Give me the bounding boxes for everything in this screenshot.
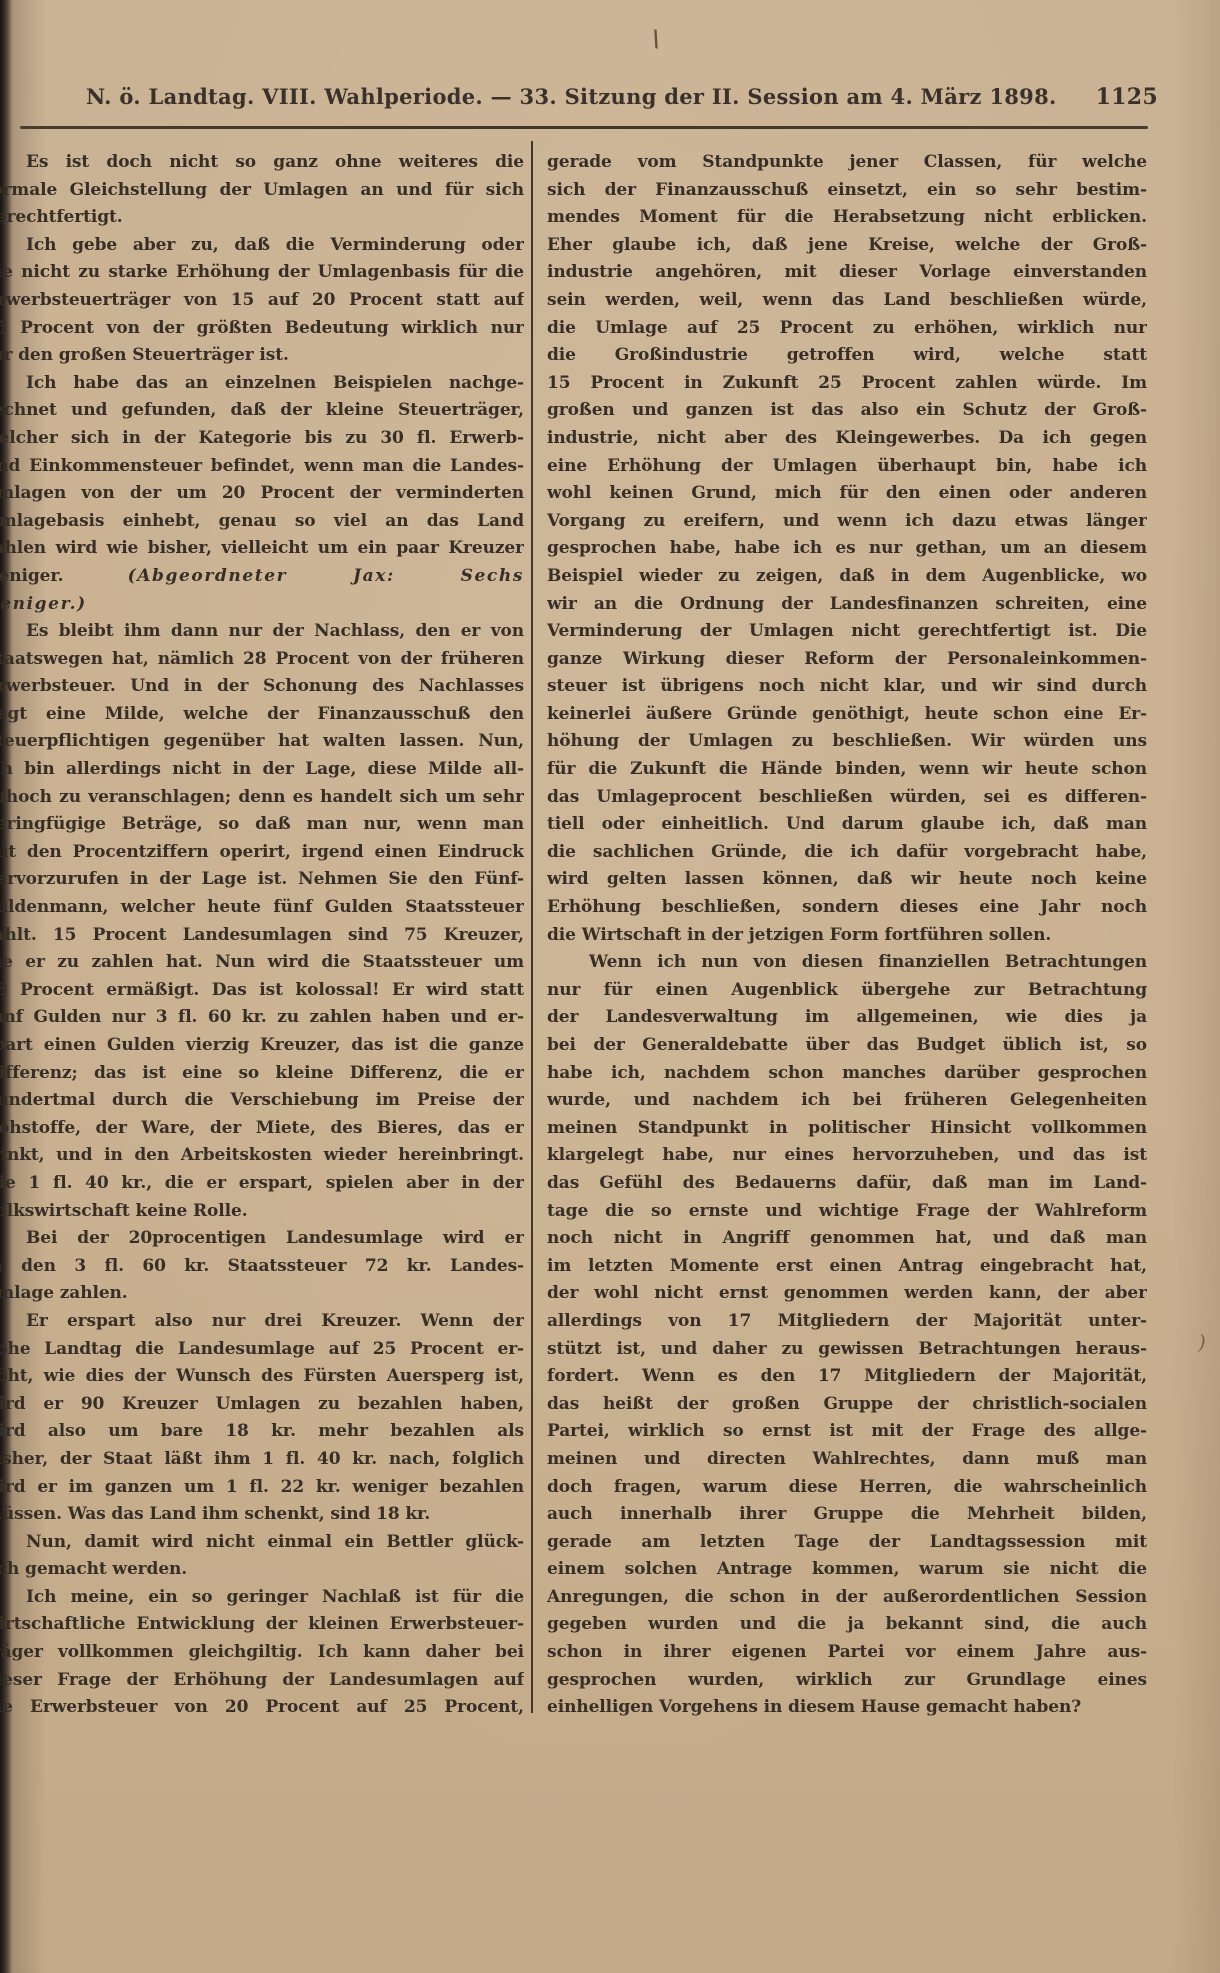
text-line: Vorgang zu ereifern, und wenn ich dazu e… [547, 508, 1147, 536]
text-line: bisher, der Staat läßt ihm 1 fl. 40 kr. … [0, 1446, 524, 1474]
text-line: nur für einen Augenblick übergehe zur Be… [547, 977, 1147, 1005]
text-line: zahlen wird wie bisher, vielleicht um ei… [0, 535, 524, 563]
text-line: für die Zukunft die Hände binden, wenn w… [547, 756, 1147, 784]
header-rule [20, 126, 1148, 129]
text-line: wird also um bare 18 kr. mehr bezahlen a… [0, 1418, 524, 1446]
text-line: gesprochen habe, habe ich es nur gethan,… [547, 535, 1147, 563]
text-line: bei der Generaldebatte über das Budget ü… [547, 1032, 1147, 1060]
text-line: welcher sich in der Kategorie bis zu 30 … [0, 425, 524, 453]
text-line: für den großen Steuerträger ist. [0, 342, 524, 370]
text-line: hundertmal durch die Verschiebung im Pre… [0, 1087, 524, 1115]
text-line: gerade vom Standpunkte jener Classen, fü… [547, 149, 1147, 177]
text-line: 25 Procent von der größten Bedeutung wir… [0, 315, 524, 343]
text-line: einhelligen Vorgehens in diesem Hause ge… [547, 1694, 1147, 1722]
text-line: noch nicht in Angriff genommen hat, und … [547, 1225, 1147, 1253]
text-line: umlagen von der um 20 Procent der vermin… [0, 480, 524, 508]
column-divider-rule [531, 141, 533, 1713]
text-line: spart einen Gulden vierzig Kreuzer, das … [0, 1032, 524, 1060]
text-line: wird er 90 Kreuzer Umlagen zu bezahlen h… [0, 1391, 524, 1419]
text-line: tage die so ernste und wichtige Frage de… [547, 1198, 1147, 1226]
text-line: im letzten Momente erst einen Antrag ein… [547, 1253, 1147, 1281]
text-line: formale Gleichstellung der Umlagen an un… [0, 177, 524, 205]
text-line: zuhoch zu veranschlagen; denn es handelt… [0, 784, 524, 812]
text-line: Volkswirtschaft keine Rolle. [0, 1198, 524, 1226]
print-artifact-mark: \ [649, 25, 663, 52]
text-line: auch innerhalb ihrer Gruppe die Mehrheit… [547, 1501, 1147, 1529]
text-line: Umlagebasis einhebt, genau so viel an da… [0, 508, 524, 536]
text-line: mendes Moment für die Herabsetzung nicht… [547, 204, 1147, 232]
text-line: höht, wie dies der Wunsch des Fürsten Au… [0, 1363, 524, 1391]
text-line: höhung der Umlagen zu beschließen. Wir w… [547, 728, 1147, 756]
text-line: träger vollkommen gleichgiltig. Ich kann… [0, 1639, 524, 1667]
right-text-column: gerade vom Standpunkte jener Classen, fü… [547, 149, 1147, 1722]
text-line: Die 1 fl. 40 kr., die er erspart, spiele… [0, 1170, 524, 1198]
text-line: Ich habe das an einzelnen Beispielen nac… [0, 370, 524, 398]
text-line: Er erspart also nur drei Kreuzer. Wenn d… [0, 1308, 524, 1336]
page-header: N. ö. Landtag. VIII. Wahlperiode. — 33. … [86, 84, 1158, 110]
text-line: Nun, damit wird nicht einmal ein Bettler… [0, 1529, 524, 1557]
text-line: habe ich, nachdem schon manches darüber … [547, 1060, 1147, 1088]
text-line: die Erwerbsteuer von 20 Procent auf 25 P… [0, 1694, 524, 1722]
text-line: meinen und directen Wahlrechtes, dann mu… [547, 1446, 1147, 1474]
text-line: eine Erhöhung der Umlagen überhaupt bin,… [547, 453, 1147, 481]
text-line: hohe Landtag die Landesumlage auf 25 Pro… [0, 1336, 524, 1364]
text-line: Staatswegen hat, nämlich 28 Procent von … [0, 646, 524, 674]
text-line: die sachlichen Gründe, die ich dafür vor… [547, 839, 1147, 867]
text-line: stützt ist, und daher zu gewissen Betrac… [547, 1336, 1147, 1364]
text-line: weniger. (Abgeordneter Jax: Sechs Zehnte… [0, 563, 524, 591]
text-line: Erwerbsteuer. Und in der Schonung des Na… [0, 673, 524, 701]
text-line: weniger.) [0, 591, 524, 619]
text-segment: weniger. [0, 566, 128, 586]
text-line: industrie, nicht aber des Kleingewerbes.… [547, 425, 1147, 453]
text-line: Rohstoffe, der Ware, der Miete, des Bier… [0, 1115, 524, 1143]
text-line: liegt eine Milde, welche der Finanzaussc… [0, 701, 524, 729]
text-line: das heißt der großen Gruppe der christli… [547, 1391, 1147, 1419]
text-line: die nicht zu starke Erhöhung der Umlagen… [0, 259, 524, 287]
margin-artifact-mark: ) [1198, 1330, 1206, 1354]
text-line: das Gefühl des Bedauerns dafür, daß man … [547, 1170, 1147, 1198]
text-line: zahlt. 15 Procent Landesumlagen sind 75 … [0, 922, 524, 950]
text-line: die er zu zahlen hat. Nun wird die Staat… [0, 949, 524, 977]
text-line: Erhöhung beschließen, sondern dieses ein… [547, 894, 1147, 922]
text-line: Verminderung der Umlagen nicht gerechtfe… [547, 618, 1147, 646]
text-line: ich bin allerdings nicht in der Lage, di… [0, 756, 524, 784]
text-line: Es ist doch nicht so ganz ohne weiteres … [0, 149, 524, 177]
text-line: und Einkommensteuer befindet, wenn man d… [0, 453, 524, 481]
text-line: wohl keinen Grund, mich für den einen od… [547, 480, 1147, 508]
text-line: die Großindustrie getroffen wird, welche… [547, 342, 1147, 370]
text-line: Bei der 20procentigen Landesumlage wird … [0, 1225, 524, 1253]
text-line: umlage zahlen. [0, 1280, 524, 1308]
text-line: rechnet und gefunden, daß der kleine Ste… [0, 397, 524, 425]
text-line: fünf Gulden nur 3 fl. 60 kr. zu zahlen h… [0, 1004, 524, 1032]
page-header-title: N. ö. Landtag. VIII. Wahlperiode. — 33. … [86, 84, 1057, 110]
text-line: fordert. Wenn es den 17 Mitgliedern der … [547, 1363, 1147, 1391]
text-line: wird er im ganzen um 1 fl. 22 kr. wenige… [0, 1474, 524, 1502]
text-line: das Umlageprocent beschließen würden, se… [547, 784, 1147, 812]
text-line: müssen. Was das Land ihm schenkt, sind 1… [0, 1501, 524, 1529]
text-line: der wohl nicht ernst genommen werden kan… [547, 1280, 1147, 1308]
text-line: Ich gebe aber zu, daß die Verminderung o… [0, 232, 524, 260]
text-line: wurde, und nachdem ich bei früheren Gele… [547, 1087, 1147, 1115]
text-line: Wenn ich nun von diesen finanziellen Bet… [547, 949, 1147, 977]
page-number: 1125 [1096, 84, 1158, 110]
text-line: einem solchen Antrage kommen, warum sie … [547, 1556, 1147, 1584]
text-line: wirtschaftliche Entwicklung der kleinen … [0, 1611, 524, 1639]
text-line: 28 Procent ermäßigt. Das ist kolossal! E… [0, 977, 524, 1005]
text-line: Es bleibt ihm dann nur der Nachlass, den… [0, 618, 524, 646]
text-line: allerdings von 17 Mitgliedern der Majori… [547, 1308, 1147, 1336]
text-line: 15 Procent in Zukunft 25 Procent zahlen … [547, 370, 1147, 398]
left-text-column: Es ist doch nicht so ganz ohne weiteres … [0, 149, 530, 1722]
text-line: Anregungen, die schon in der außerordent… [547, 1584, 1147, 1612]
text-line: industrie angehören, mit dieser Vorlage … [547, 259, 1147, 287]
text-line: Erwerbsteuerträger von 15 auf 20 Procent… [0, 287, 524, 315]
text-line: mit den Procentziffern operirt, irgend e… [0, 839, 524, 867]
text-line: der Landesverwaltung im allgemeinen, wie… [547, 1004, 1147, 1032]
interjection-italic-text: weniger.) [0, 594, 87, 614]
text-line: in den 3 fl. 60 kr. Staatssteuer 72 kr. … [0, 1253, 524, 1281]
text-line: gerechtfertigt. [0, 204, 524, 232]
text-line: großen und ganzen ist das also ein Schut… [547, 397, 1147, 425]
text-line: sein werden, weil, wenn das Land beschli… [547, 287, 1147, 315]
text-line: ganze Wirkung dieser Reform der Personal… [547, 646, 1147, 674]
text-line: Partei, wirklich so ernst ist mit der Fr… [547, 1418, 1147, 1446]
text-line: geringfügige Beträge, so daß man nur, we… [0, 811, 524, 839]
text-line: trinkt, und in den Arbeitskosten wieder … [0, 1142, 524, 1170]
text-line: Ich meine, ein so geringer Nachlaß ist f… [0, 1584, 524, 1612]
scanned-page: \ N. ö. Landtag. VIII. Wahlperiode. — 33… [0, 0, 1220, 1973]
text-line: hervorzurufen in der Lage ist. Nehmen Si… [0, 866, 524, 894]
text-line: lich gemacht werden. [0, 1556, 524, 1584]
text-line: doch fragen, warum diese Herren, die wah… [547, 1474, 1147, 1502]
text-line: die Wirtschaft in der jetzigen Form fort… [547, 922, 1147, 950]
text-line: schon in ihrer eigenen Partei vor einem … [547, 1639, 1147, 1667]
text-line: gegeben wurden und die ja bekannt sind, … [547, 1611, 1147, 1639]
text-line: dieser Frage der Erhöhung der Landesumla… [0, 1667, 524, 1695]
text-line: Eher glaube ich, daß jene Kreise, welche… [547, 232, 1147, 260]
text-line: die Umlage auf 25 Procent zu erhöhen, wi… [547, 315, 1147, 343]
text-line: guldenmann, welcher heute fünf Gulden St… [0, 894, 524, 922]
text-line: Steuerpflichtigen gegenüber hat walten l… [0, 728, 524, 756]
text-line: wir an die Ordnung der Landesfinanzen sc… [547, 591, 1147, 619]
text-line: gesprochen wurden, wirklich zur Grundlag… [547, 1667, 1147, 1695]
text-line: wird gelten lassen können, daß wir heute… [547, 866, 1147, 894]
text-line: Differenz; das ist eine so kleine Differ… [0, 1060, 524, 1088]
text-line: steuer ist übrigens noch nicht klar, und… [547, 673, 1147, 701]
text-line: meinen Standpunkt in politischer Hinsich… [547, 1115, 1147, 1143]
text-line: keinerlei äußere Gründe genöthigt, heute… [547, 701, 1147, 729]
text-line: Beispiel wieder zu zeigen, daß in dem Au… [547, 563, 1147, 591]
text-line: gerade am letzten Tage der Landtagssessi… [547, 1529, 1147, 1557]
text-line: tiell oder einheitlich. Und darum glaube… [547, 811, 1147, 839]
text-line: sich der Finanzausschuß einsetzt, ein so… [547, 177, 1147, 205]
text-line: klargelegt habe, nur eines hervorzuheben… [547, 1142, 1147, 1170]
